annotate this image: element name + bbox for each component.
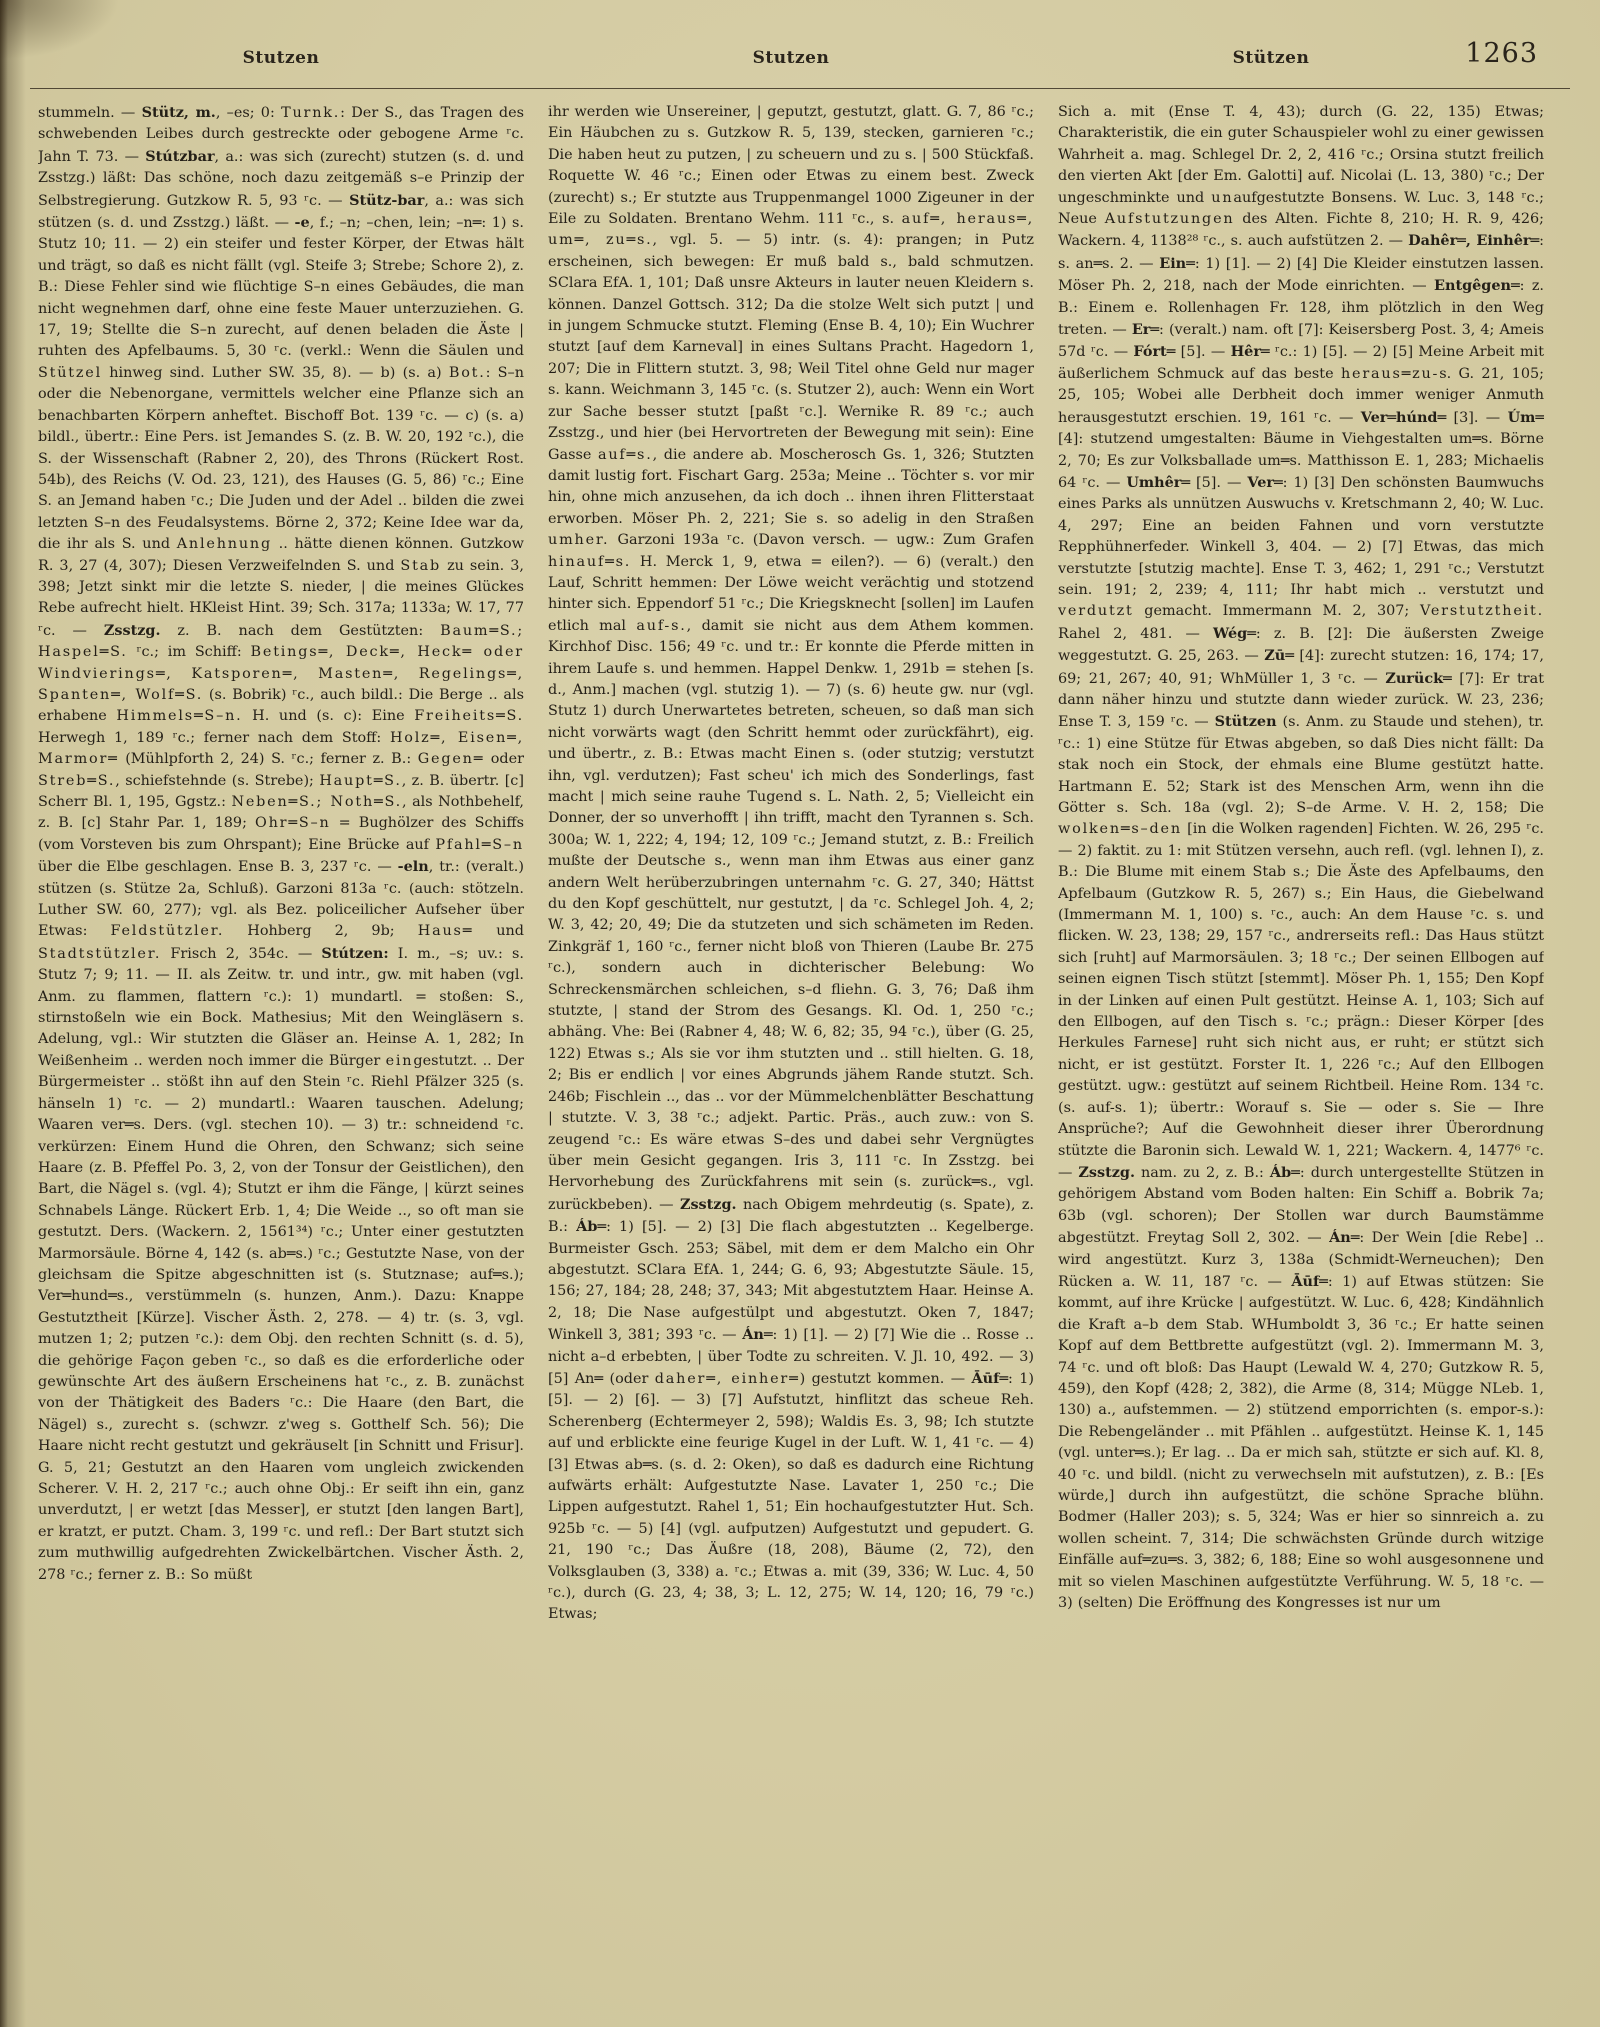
running-head-center: Stutzen [548, 48, 1034, 68]
header-rule [30, 88, 1570, 89]
running-heads: Stutzen Stutzen Stützen 1263 [0, 0, 1600, 88]
book-page: Stutzen Stutzen Stützen 1263 stummeln. —… [0, 0, 1600, 2027]
page-number: 1263 [1465, 38, 1538, 69]
text-column-1: stummeln. — Stütz, m., –es; 0: Turnk.: D… [38, 102, 524, 2002]
text-body: stummeln. — Stütz, m., –es; 0: Turnk.: D… [0, 88, 1600, 2002]
running-head-right: Stützen [1028, 48, 1514, 68]
running-head-left: Stutzen [38, 48, 524, 68]
text-column-3: Sich a. mit (Ense T. 4, 43); durch (G. 2… [1058, 102, 1544, 2002]
text-column-2: ihr werden wie Unsereiner, | geputzt, ge… [548, 102, 1034, 2002]
